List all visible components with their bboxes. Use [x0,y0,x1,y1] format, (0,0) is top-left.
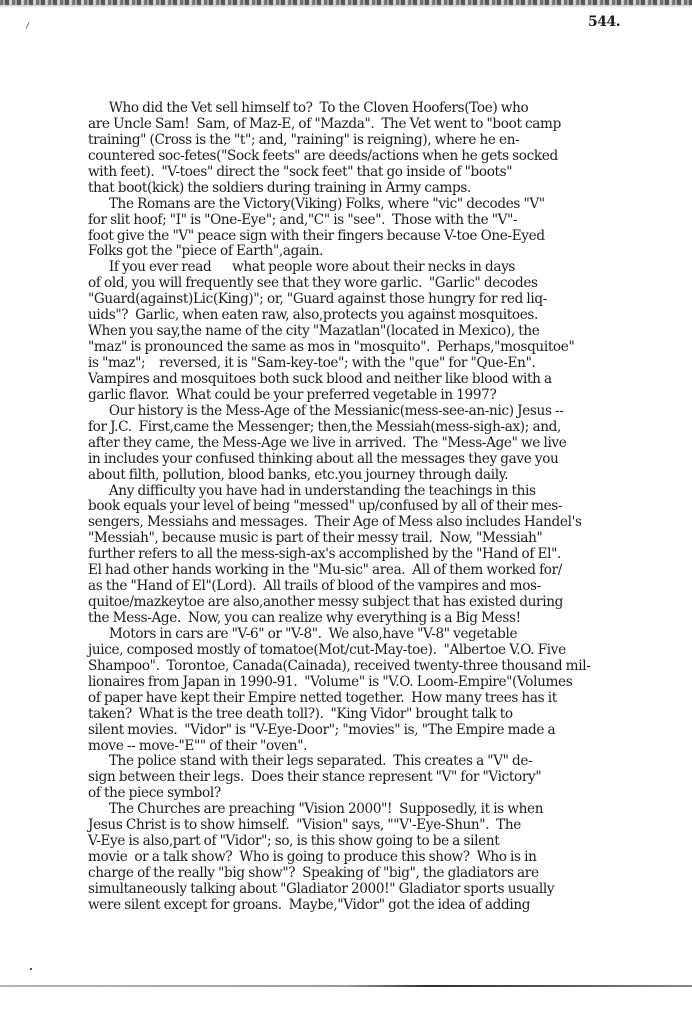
text-line: movie or a talk show? Who is going to pr… [88,850,688,866]
text-line: for J.C. First,came the Messenger; then,… [88,420,688,436]
text-line: were silent except for groans. Maybe,"Vi… [88,898,688,914]
text-line: "Guard(against)Lic(King)"; or, "Guard ag… [88,292,688,308]
scan-edge-shadow [0,5,692,8]
scan-speck [30,968,32,970]
text-line: Motors in cars are "V-6" or "V-8". We al… [88,627,688,643]
text-line: silent movies. "Vidor" is "V-Eye-Door"; … [88,723,688,739]
text-line: uids"? Garlic, when eaten raw, also,prot… [88,308,688,324]
text-line: after they came, the Mess-Age we live in… [88,436,688,452]
text-line: El had other hands working in the "Mu-si… [88,563,688,579]
text-line: Our history is the Mess-Age of the Messi… [88,404,688,420]
text-line: taken? What is the tree death toll?). "K… [88,707,688,723]
text-line: countered soc-fetes("Sock feets" are dee… [88,149,688,165]
text-line: the Mess-Age. Now, you can realize why e… [88,611,688,627]
text-line: for slit hoof; "I" is "One-Eye"; and,"C"… [88,213,688,229]
text-line: foot give the "V" peace sign with their … [88,229,688,245]
text-line: move -- move-"E"" of their "oven". [88,739,688,755]
text-line: lionaires from Japan in 1990-91. "Volume… [88,675,688,691]
text-line: of the piece symbol? [88,786,688,802]
text-line: as the "Hand of El"(Lord). All trails of… [88,579,688,595]
text-line: about filth, pollution, blood banks, etc… [88,468,688,484]
text-line: quitoe/mazkeytoe are also,another messy … [88,595,688,611]
text-line: charge of the really "big show"? Speakin… [88,866,688,882]
text-line: of old, you will frequently see that the… [88,276,688,292]
text-line: "maz" is pronounced the same as mos in "… [88,340,688,356]
text-line: garlic flavor. What could be your prefer… [88,388,688,404]
text-line: If you ever read what people wore about … [88,260,688,276]
body-text: Who did the Vet sell himself to? To the … [88,101,688,914]
text-line: with feet). "V-toes" direct the "sock fe… [88,165,688,181]
text-line: Any difficulty you have had in understan… [88,484,688,500]
text-line: book equals your level of being "messed"… [88,499,688,515]
text-line: Folks got the "piece of Earth",again. [88,244,688,260]
text-line: sign between their legs. Does their stan… [88,770,688,786]
text-line: juice, composed mostly of tomatoe(Mot/cu… [88,643,688,659]
text-line: Who did the Vet sell himself to? To the … [88,101,688,117]
text-line: "Messiah", because music is part of thei… [88,531,688,547]
page-number: 544. [588,14,620,30]
text-line: further refers to all the mess-sigh-ax's… [88,547,688,563]
text-line: V-Eye is also,part of "Vidor"; so, is th… [88,834,688,850]
text-line: of paper have kept their Empire netted t… [88,691,688,707]
text-line: training" (Cross is the "t"; and, "raini… [88,133,688,149]
text-line: The Churches are preaching "Vision 2000"… [88,802,688,818]
text-line: The Romans are the Victory(Viking) Folks… [88,197,688,213]
text-line: When you say,the name of the city "Mazat… [88,324,688,340]
text-line: that boot(kick) the soldiers during trai… [88,181,688,197]
text-line: Shampoo". Torontoe, Canada(Cainada), rec… [88,659,688,675]
text-line: simultaneously talking about "Gladiator … [88,882,688,898]
text-line: sengers, Messiahs and messages. Their Ag… [88,515,688,531]
text-line: Vampires and mosquitoes both suck blood … [88,372,688,388]
text-line: The police stand with their legs separat… [88,754,688,770]
text-line: are Uncle Sam! Sam, of Maz-E, of "Mazda"… [88,117,688,133]
text-line: in includes your confused thinking about… [88,452,688,468]
margin-mark [26,22,30,29]
text-line: is "maz"; reversed, it is "Sam-key-toe";… [88,356,688,372]
footer-rule [0,985,692,987]
text-line: Jesus Christ is to show himself. "Vision… [88,818,688,834]
